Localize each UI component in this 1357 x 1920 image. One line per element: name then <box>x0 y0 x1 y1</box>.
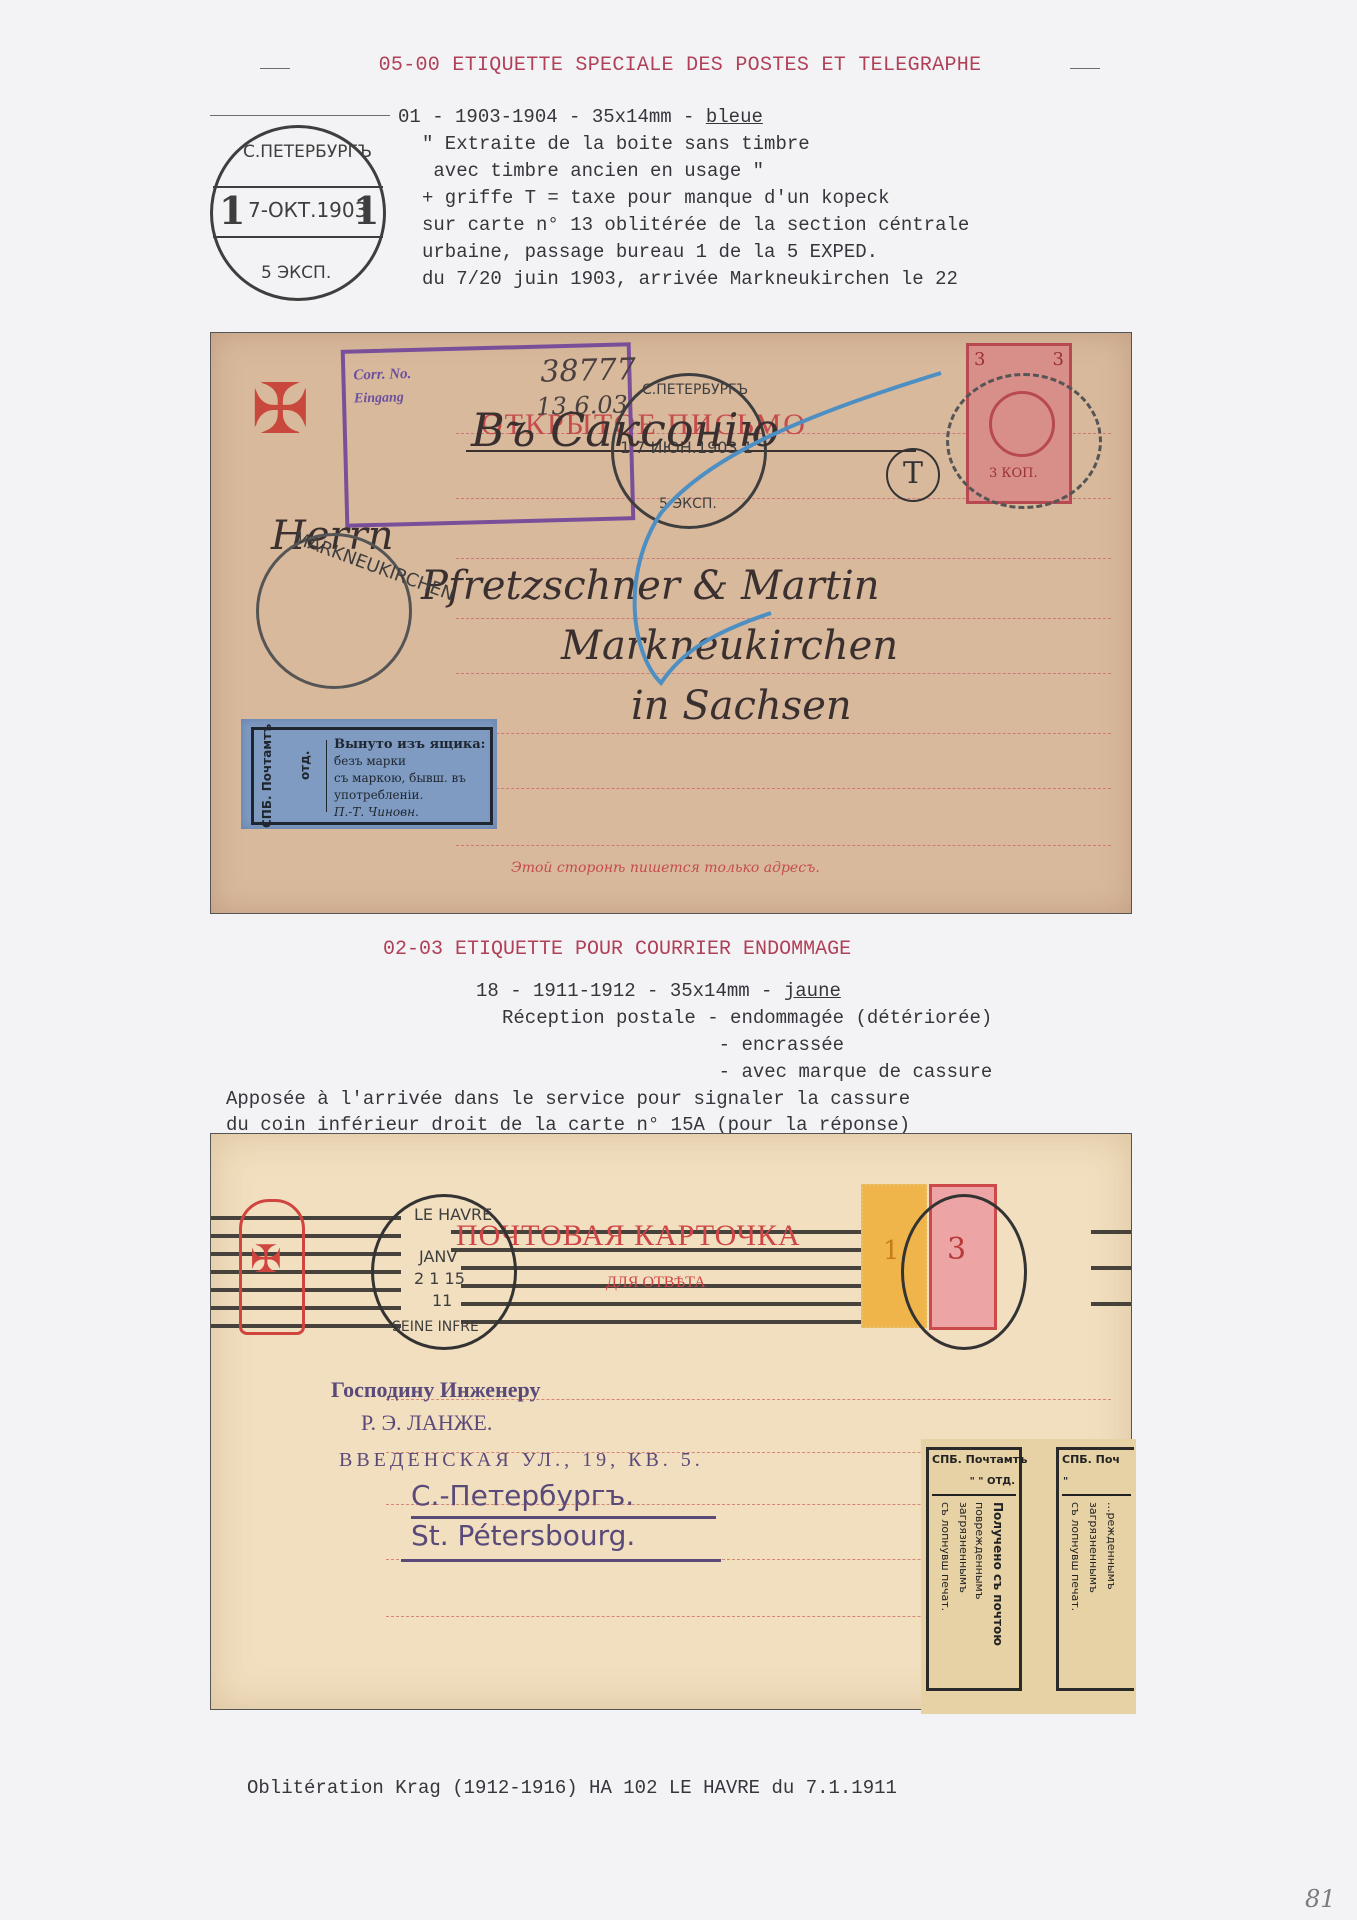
address-line-2: Р. Э. ЛАНЖЕ. <box>361 1410 492 1436</box>
blue-label-line-3: употребленіи. <box>334 787 485 804</box>
stamp-value-tr: 3 <box>1053 349 1064 370</box>
postmark-rule <box>210 115 390 116</box>
postcard-1911: ✠ ПОЧТОВАЯ КАРТОЧКА ДЛЯ ОТВѢТА LE HAVRE … <box>210 1133 1132 1710</box>
section2-color-word: jaune <box>784 980 841 1002</box>
postmark-branch: 5 ЭКСП. <box>261 263 331 283</box>
color-word: bleue <box>706 106 763 128</box>
le-havre-month: JANV <box>419 1247 457 1266</box>
stamp-cancel-circle <box>946 373 1102 509</box>
le-havre-city: LE HAVRE <box>414 1205 492 1224</box>
section2-desc-line4: - avec marque de cassure <box>502 1059 992 1086</box>
le-havre-day: 2 1 15 <box>414 1269 465 1288</box>
blue-post-label: СПБ. Почтамтъ отд. Вынуто изъ ящика: без… <box>241 719 497 829</box>
stamp-value-tl: 3 <box>974 349 985 370</box>
blue-label-side-sub: отд. <box>298 751 312 780</box>
postmark-date: 7-ОКТ.1903 <box>248 198 367 222</box>
le-havre-region: SEINE INFRE <box>392 1319 479 1335</box>
header-rule-right <box>1070 68 1100 69</box>
le-havre-year: 11 <box>432 1291 452 1310</box>
damage-label-2-header: СПБ. Поч <box>1062 1453 1120 1466</box>
section2-title: 02-03 ETIQUETTE POUR COURRIER ENDOMMAGE <box>383 938 851 961</box>
postmark-band-bottom <box>213 236 383 238</box>
damage-label-2-line2: ...режденнымъ <box>1105 1502 1118 1590</box>
page-title: 05-00 ETIQUETTE SPECIALE DES POSTES ET T… <box>300 54 1060 77</box>
header-rule-left <box>260 68 290 69</box>
imperial-eagle-icon: ✠ <box>251 368 310 450</box>
blue-label-side-text: СПБ. Почтамтъ <box>260 724 274 828</box>
le-havre-postmark-2 <box>901 1194 1027 1350</box>
section2-desc-line2: Réception postale - endommagée (détérior… <box>502 1005 992 1032</box>
damage-label-2: СПБ. Поч " ...режденнымъ загрязненнымъ с… <box>1056 1447 1134 1691</box>
damage-label-1: СПБ. Почтамтъ " " ОТД. Получено съ почто… <box>926 1447 1022 1691</box>
section2-desc-prefix: 18 - 1911-1912 - 35x14mm - <box>476 980 784 1002</box>
footer-note: Oblitération Krag (1912-1916) HA 102 LE … <box>247 1777 897 1799</box>
le-havre-postmark-1: LE HAVRE JANV 2 1 15 11 SEINE INFRE <box>371 1194 517 1350</box>
arrival-postmark: MARKNEUKIRCHEN <box>256 533 412 689</box>
address-line-3: ВВЕДЕНСКАЯ УЛ., 19, КВ. 5. <box>339 1449 704 1472</box>
postmark-city: С.ПЕТЕРБУРГЪ <box>243 142 372 162</box>
postmark-illustration: С.ПЕТЕРБУРГЪ 1 7-ОКТ.1903 1 5 ЭКСП. <box>210 125 386 301</box>
receipt-stamp-line2: Eingang <box>354 390 404 407</box>
postmark-office-right: 1 <box>353 188 379 233</box>
blue-label-signature: П.-Т. Чиновн. <box>334 804 485 821</box>
card1-bottom-text: Этой сторонѣ пишется только адресъ. <box>511 860 820 876</box>
section1-description: 01 - 1903-1904 - 35x14mm - bleue " Extra… <box>398 104 969 293</box>
damage-label-1-header: СПБ. Почтамтъ <box>932 1453 1027 1466</box>
imperial-crest-icon: ✠ <box>239 1199 305 1335</box>
postmark-office-left: 1 <box>219 188 245 233</box>
blue-crayon-mark <box>511 353 951 693</box>
yellow-stamp-value: 1 <box>883 1236 900 1266</box>
desc-line-1: 01 - 1903-1904 - 35x14mm - <box>398 106 706 128</box>
damage-label-1-otd: " " ОТД. <box>970 1476 1015 1487</box>
blue-label-line-1: безъ марки <box>334 753 485 770</box>
postcard-1903: ✠ ОТКРЫТОЕ ПИСЬМО Corr. No. Eingang 3877… <box>210 332 1132 914</box>
desc-line-3: avec timbre ancien en usage " <box>398 160 764 182</box>
desc-line-5: sur carte n° 13 oblitérée de la section … <box>398 214 969 236</box>
blue-label-heading: Вынуто изъ ящика: <box>334 736 485 753</box>
damage-label-1-line3: загрязненнымъ <box>957 1502 970 1593</box>
damage-label-1-line4: съ лопнувш печат. <box>939 1502 952 1611</box>
address-underline-2 <box>401 1559 721 1562</box>
damage-label-2-line3: загрязненнымъ <box>1087 1502 1100 1593</box>
section2-desc-line1: 18 - 1911-1912 - 35x14mm - jaune <box>476 978 841 1005</box>
card2-subtitle: ДЛЯ ОТВѢТА <box>606 1274 706 1292</box>
section2-desc-line5: Apposée à l'arrivée dans le service pour… <box>226 1086 910 1113</box>
desc-line-4: + griffe T = taxe pour manque d'un kopec… <box>398 187 889 209</box>
address-line-4: С.-Петербургъ. <box>411 1479 634 1512</box>
desc-line-6: urbaine, passage bureau 1 de la 5 EXPED. <box>398 241 878 263</box>
damage-label-2-line4: съ лопнувш печат. <box>1069 1502 1082 1611</box>
page-number: 81 <box>1305 1885 1336 1913</box>
address-line-1: Господину Инженеру <box>331 1377 540 1403</box>
section2-desc-line3: - encrassée <box>502 1032 844 1059</box>
damaged-mail-labels: СПБ. Почтамтъ " " ОТД. Получено съ почто… <box>921 1439 1136 1714</box>
address-line-5: St. Pétersbourg. <box>411 1519 635 1552</box>
desc-line-7: du 7/20 juin 1903, arrivée Markneukirche… <box>398 268 958 290</box>
damage-label-1-line2: поврежденнымъ <box>973 1502 986 1600</box>
receipt-stamp-line1: Corr. No. <box>353 366 411 385</box>
desc-line-2: " Extraite de la boite sans timbre <box>398 133 810 155</box>
damage-label-2-otd: " <box>1063 1476 1068 1487</box>
blue-label-line-2: съ маркою, бывш. въ <box>334 770 485 787</box>
damage-label-1-line1: Получено съ почтою <box>991 1502 1005 1646</box>
